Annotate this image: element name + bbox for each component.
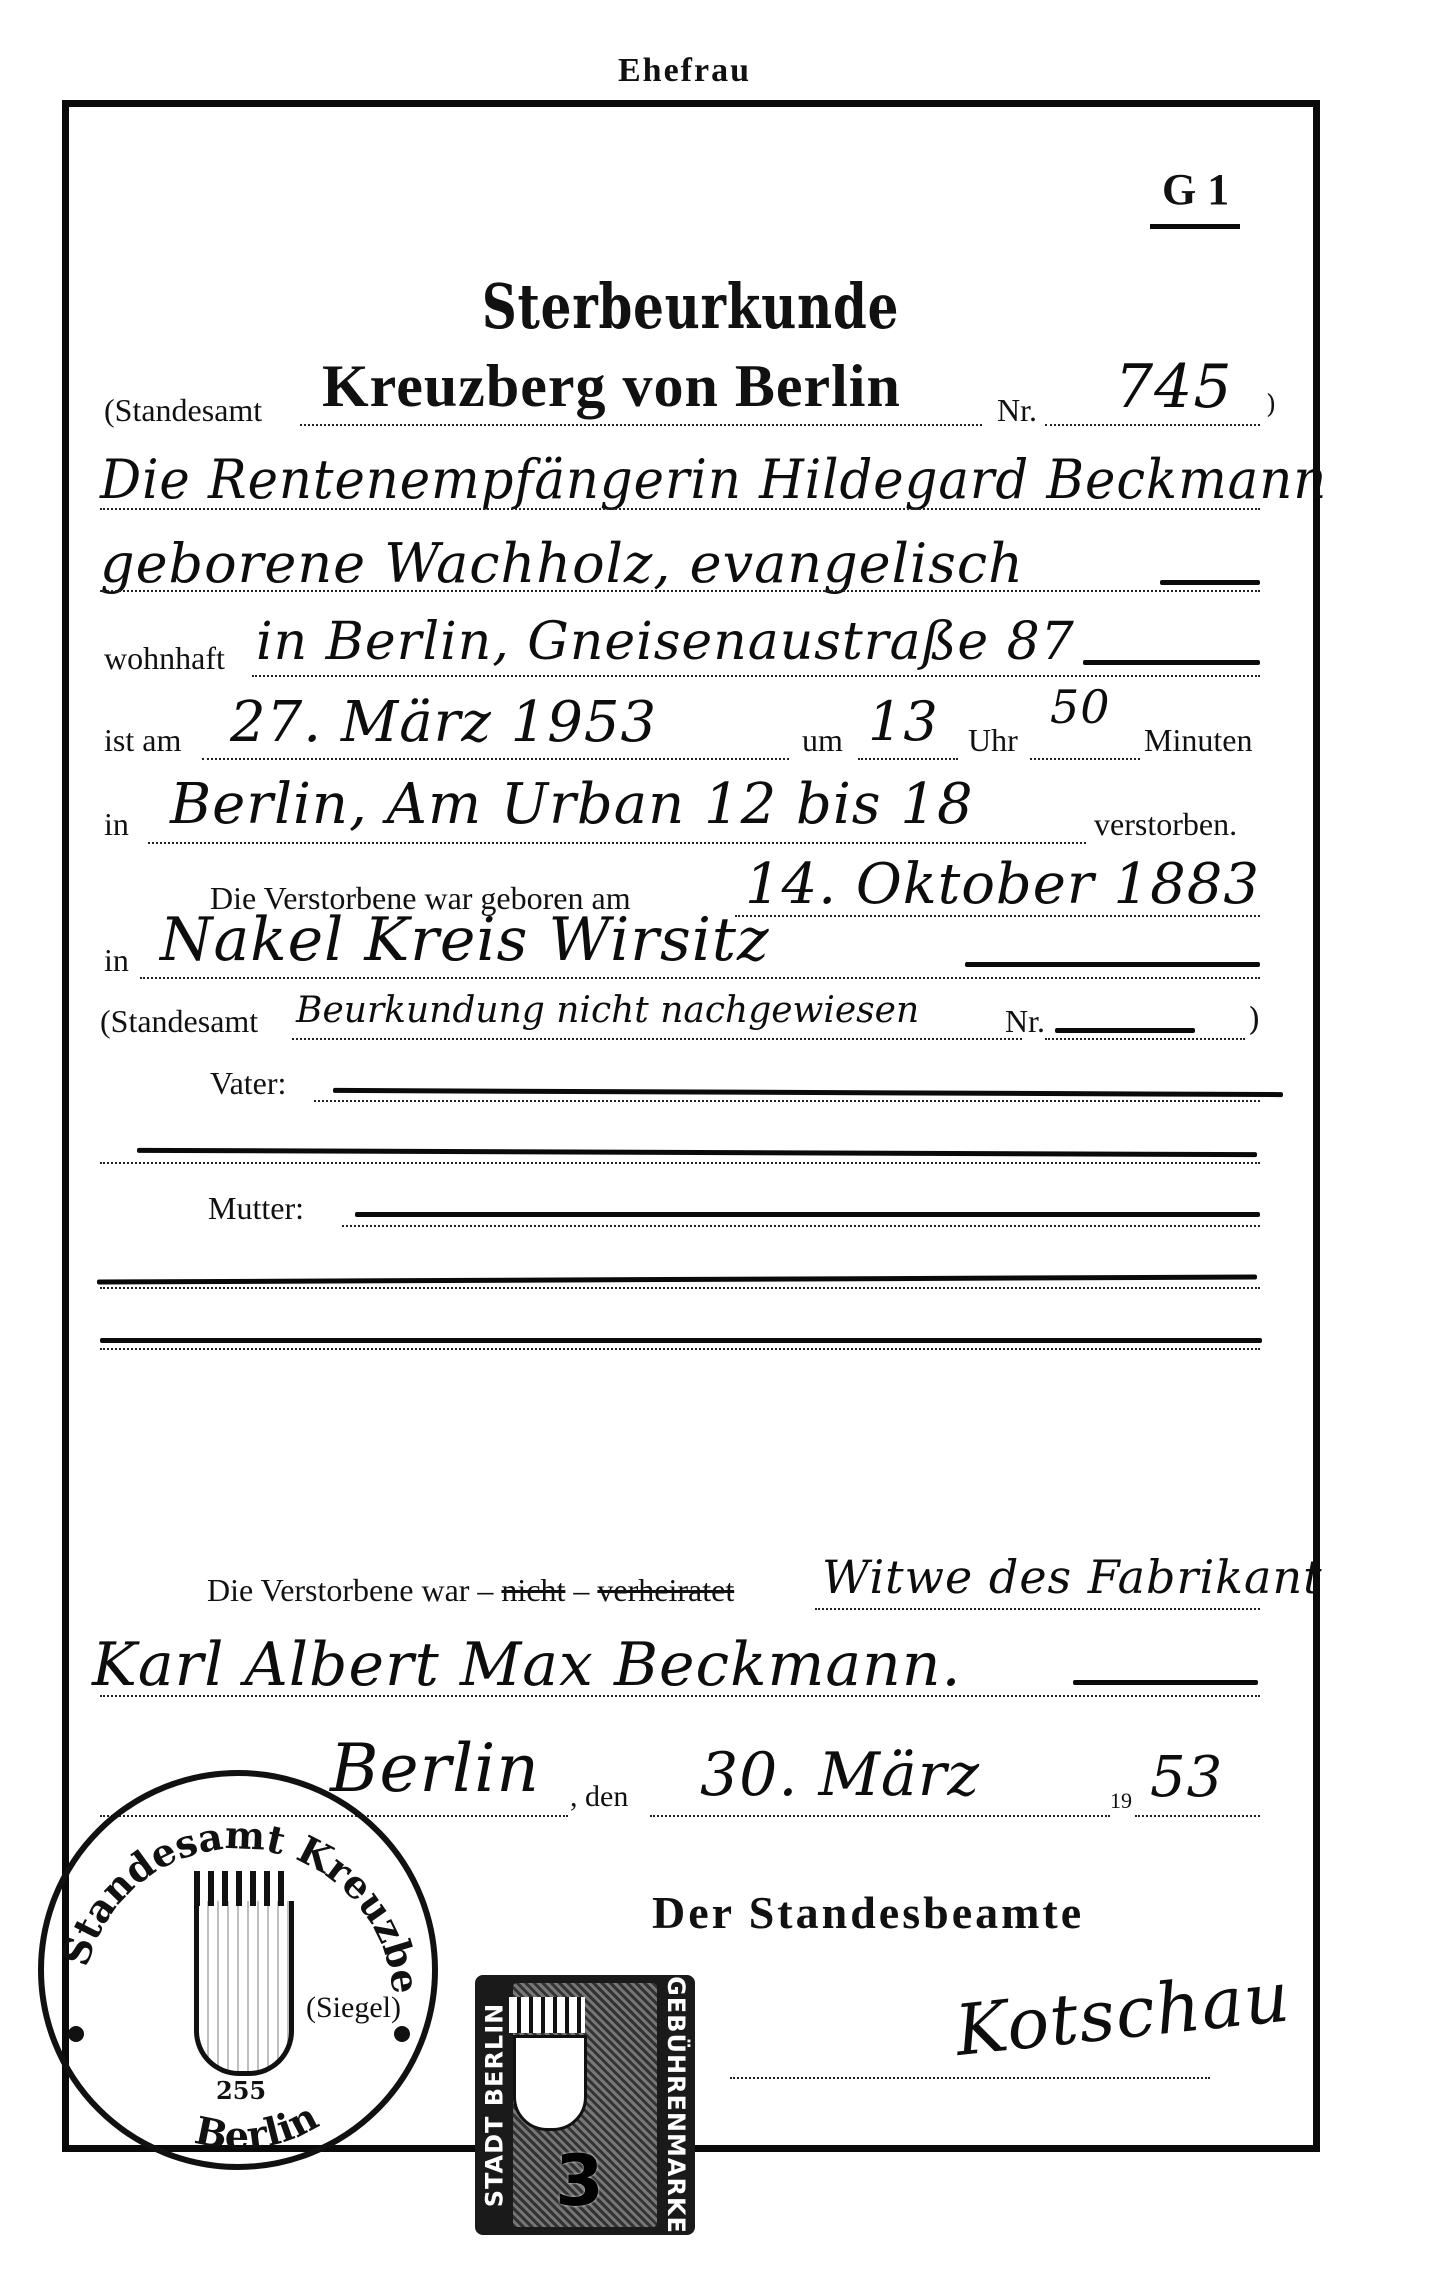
signature-dotted-line [730, 2077, 1210, 2079]
seal-coat-of-arms-icon [194, 1901, 294, 2076]
deceased-description-line2: geborene Wachholz, evangelisch [100, 532, 1024, 595]
birth-registry-dotted [292, 1038, 1022, 1040]
description-line1-dotted [100, 508, 1260, 510]
issuance-date-dotted [650, 1815, 1110, 1817]
death-minutes-dotted [1030, 758, 1140, 760]
registry-number-closing: ) [1266, 390, 1276, 420]
birth-place-label: in [104, 942, 129, 979]
issuance-year-suffix: 53 [1150, 1745, 1223, 1810]
death-place-value: Berlin, Am Urban 12 bis 18 [170, 772, 974, 837]
death-date-dotted [202, 758, 789, 760]
official-seal: Standesamt Kreuzberg Berlin 255 (Siegel) [38, 1770, 438, 2170]
residence-filler-dash [1083, 660, 1260, 665]
father-line2-dotted [100, 1162, 1260, 1164]
marital-line2-dotted [100, 1695, 1260, 1697]
fee-stamp-right-band: GEBÜHRENMARKE [657, 1975, 695, 2235]
death-place-label: in [104, 806, 129, 843]
marital-status-label: Die Verstorbene war – nicht – verheirate… [207, 1572, 734, 1609]
death-date-label: ist am [104, 722, 181, 759]
birth-registry-number-dotted [1045, 1038, 1245, 1040]
death-minutes-label: Minuten [1144, 722, 1252, 759]
mother-line3-dotted [100, 1348, 1260, 1350]
registry-number-label: Nr. [997, 392, 1037, 429]
birth-date-value: 14. Oktober 1883 [745, 852, 1260, 917]
father-dotted [314, 1100, 1260, 1102]
birth-registry-number-dash [1055, 1028, 1195, 1033]
death-hour-dotted [858, 758, 958, 760]
death-place-suffix: verstorben. [1094, 806, 1237, 843]
fee-stamp-left-band: STADT BERLIN [475, 1975, 513, 2235]
birth-registry-closing: ) [1248, 1000, 1260, 1038]
seal-dot-left [68, 2026, 84, 2042]
document-title-wrap: Sterbeurkunde [300, 270, 1080, 343]
birth-registry-value: Beurkundung nicht nachgewiesen [296, 990, 919, 1031]
issuance-year-prefix: 19 [1110, 1788, 1132, 1814]
form-code-underline [1150, 224, 1240, 229]
registry-number-value: 745 [1115, 352, 1233, 422]
birth-place-dotted [140, 977, 1260, 979]
registry-office-label: (Standesamt [104, 392, 262, 429]
residence-value: in Berlin, Gneisenaustraße 87 [256, 612, 1075, 672]
marital-status-dotted [815, 1608, 1260, 1610]
mother-dotted [342, 1225, 1260, 1227]
document-title: Sterbeurkunde [481, 270, 898, 343]
fee-stamp-bear-shield-icon [513, 2035, 587, 2131]
death-minutes-value: 50 [1050, 680, 1111, 734]
issuance-year-dotted [1135, 1815, 1260, 1817]
issuance-date: 30. März [700, 1740, 980, 1810]
seal-center-number: 255 [216, 2076, 266, 2105]
mother-label: Mutter: [208, 1190, 304, 1227]
seal-dot-right [394, 2026, 410, 2042]
mother-line3-dash [100, 1338, 1262, 1343]
death-hour-value: 13 [868, 690, 939, 753]
death-uhr-label: Uhr [968, 722, 1018, 759]
marital-line2-filler-dash [1073, 1680, 1258, 1685]
issuance-den-label: , den [570, 1780, 628, 1814]
seal-crown-icon [194, 1871, 284, 1906]
marital-dash-1: – [477, 1572, 493, 1608]
death-hour-label: um [802, 722, 843, 759]
form-code: G 1 [1162, 164, 1229, 215]
birth-registry-label: (Standesamt [100, 1003, 258, 1040]
residence-dotted-line [252, 675, 1260, 677]
marital-status-value-line2: Karl Albert Max Beckmann. [92, 1630, 962, 1700]
birth-place-filler-dash [965, 962, 1260, 967]
deceased-description-line1: Die Rentenempfängerin Hildegard Beckmann [100, 448, 1327, 511]
father-label: Vater: [210, 1065, 286, 1102]
death-date-value: 27. März 1953 [230, 690, 657, 755]
form-heading: Ehefrau [618, 52, 751, 90]
registry-number-dotted-line [1045, 424, 1260, 426]
fee-stamp-left-text: STADT BERLIN [480, 2003, 508, 2208]
registrar-title: Der Standesbeamte [652, 1886, 1084, 1939]
fee-stamp-crown-icon [509, 1997, 585, 2033]
residence-label: wohnhaft [104, 640, 225, 677]
mother-blank-dash [355, 1212, 1260, 1217]
fee-stamp-right-text: GEBÜHRENMARKE [662, 1976, 690, 2234]
line2-filler-dash [1160, 580, 1260, 585]
fee-stamp-value: 3 [555, 2140, 604, 2222]
registry-office-stamp-text: Kreuzberg von Berlin [322, 352, 901, 421]
marital-status-value-line1: Witwe des Fabrikant [822, 1550, 1323, 1604]
marital-status-prefix: Die Verstorbene war [207, 1572, 469, 1608]
death-place-dotted [148, 842, 1086, 844]
description-line2-dotted [100, 590, 1260, 592]
mother-line2-dotted [100, 1287, 1260, 1289]
birth-place-value: Nakel Kreis Wirsitz [160, 905, 770, 975]
marital-option-verheiratet: verheiratet [597, 1572, 734, 1608]
marital-option-nicht: nicht [501, 1572, 565, 1608]
fee-stamp: STADT BERLIN 3 GEBÜHRENMARKE [475, 1975, 695, 2235]
marital-dash-2: – [573, 1572, 589, 1608]
birth-registry-number-label: Nr. [1005, 1003, 1045, 1040]
registry-office-dotted-line [300, 424, 982, 426]
seal-label: (Siegel) [306, 1991, 401, 2025]
